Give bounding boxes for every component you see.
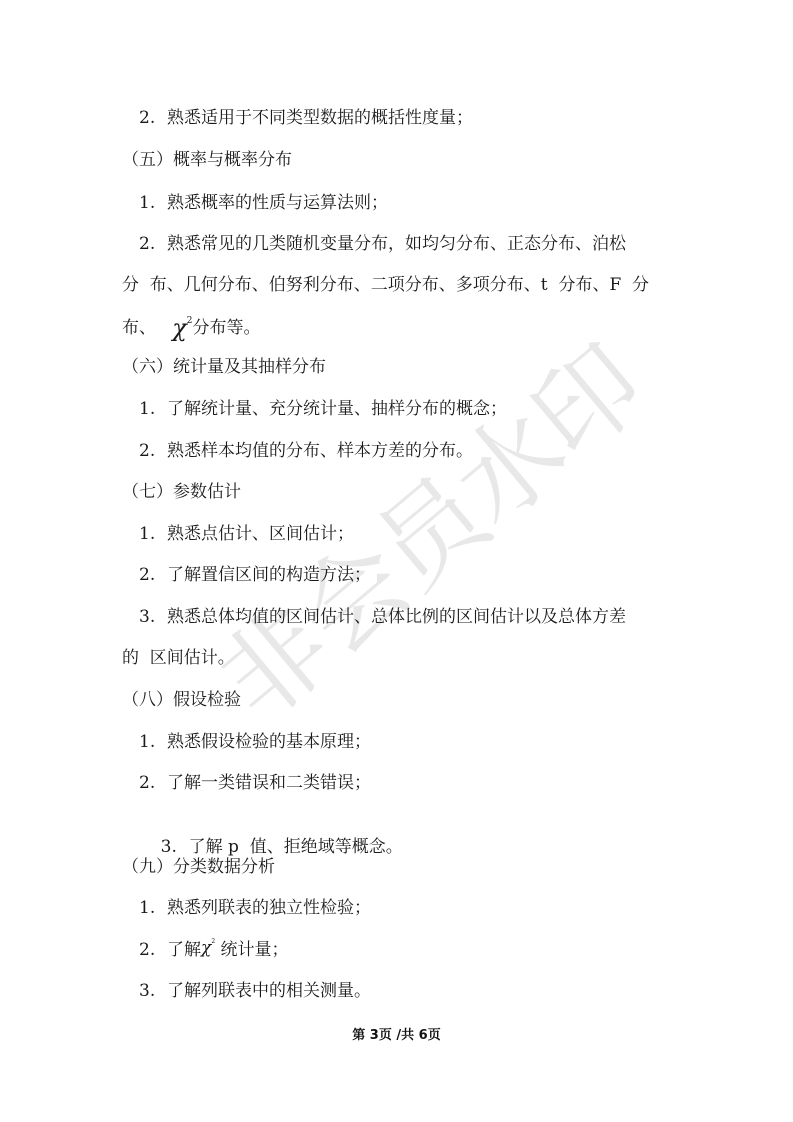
- section-heading-8: （八）假设检验: [122, 689, 241, 711]
- item-text: 熟悉概率的性质与运算法则；: [167, 193, 388, 213]
- item-continuation: 的 区间估计。: [122, 647, 235, 669]
- text-fragment: 布、: [122, 318, 156, 338]
- item-number: 1.: [139, 192, 167, 214]
- exponent: 2: [187, 316, 193, 326]
- list-item: 3.熟悉总体均值的区间估计、总体比例的区间估计以及总体方差: [139, 606, 626, 628]
- item-text: 熟悉适用于不同类型数据的概括性度量；: [167, 108, 473, 128]
- item-number: 2.: [139, 233, 167, 255]
- item-number: 1.: [139, 398, 167, 420]
- item-number: 1.: [139, 731, 167, 753]
- text-fragment: 统计量；: [221, 940, 289, 960]
- chi-symbol: χ: [201, 938, 211, 958]
- list-item: 1.熟悉假设检验的基本原理；: [139, 731, 371, 753]
- text-fragment: 了解: [167, 940, 201, 960]
- item-text: 熟悉假设检验的基本原理；: [167, 732, 371, 752]
- list-item: 1.了解统计量、充分统计量、抽样分布的概念；: [139, 398, 507, 420]
- document-page: 非会员水印 2.熟悉适用于不同类型数据的概括性度量； （五）概率与概率分布 1.…: [0, 0, 793, 1122]
- item-number: 2.: [139, 564, 167, 586]
- item-number: 3.: [161, 836, 189, 858]
- item-number: 2.: [139, 772, 167, 794]
- list-item: 2.了解一类错误和二类错误；: [139, 772, 371, 794]
- section-heading-6: （六）统计量及其抽样分布: [122, 356, 326, 378]
- list-item: 2.熟悉常见的几类随机变量分布，如均匀分布、正态分布、泊松: [139, 233, 626, 255]
- text-fragment: 分布等。: [193, 318, 261, 338]
- list-item: 2.熟悉适用于不同类型数据的概括性度量；: [139, 107, 473, 129]
- item-continuation: 分 布、几何分布、伯努利分布、二项分布、多项分布、t 分布、F 分: [122, 274, 649, 296]
- list-item: 2.了解χ2 统计量；: [139, 939, 289, 965]
- list-item: 3.了解列联表中的相关测量。: [139, 980, 371, 1002]
- item-text: 熟悉常见的几类随机变量分布，如均匀分布、正态分布、泊松: [167, 234, 626, 254]
- item-number: 1.: [139, 897, 167, 919]
- item-text: 熟悉列联表的独立性检验；: [167, 898, 371, 918]
- page-number-footer: 第 3页 /共 6页: [0, 1024, 793, 1043]
- item-text: 了解统计量、充分统计量、抽样分布的概念；: [167, 399, 507, 419]
- item-text: 熟悉总体均值的区间估计、总体比例的区间估计以及总体方差: [167, 607, 626, 627]
- section-heading-9: （九）分类数据分析: [122, 856, 275, 878]
- item-text: 熟悉样本均值的分布、样本方差的分布。: [167, 441, 473, 461]
- item-text: 了解一类错误和二类错误；: [167, 773, 371, 793]
- item-text: 了解 p 值、拒绝域等概念。: [189, 837, 403, 857]
- list-item: 1.熟悉列联表的独立性检验；: [139, 897, 371, 919]
- item-text: 了解列联表中的相关测量。: [167, 981, 371, 1001]
- item-number: 1.: [139, 523, 167, 545]
- exponent: 2: [211, 938, 215, 945]
- item-text: 熟悉点估计、区间估计；: [167, 524, 354, 544]
- list-item: 1.熟悉点估计、区间估计；: [139, 523, 354, 545]
- chi-symbol: χ: [172, 314, 187, 342]
- item-number: 2.: [139, 440, 167, 462]
- list-item: 1.熟悉概率的性质与运算法则；: [139, 192, 388, 214]
- item-number: 2.: [139, 939, 167, 961]
- list-item: 2.熟悉样本均值的分布、样本方差的分布。: [139, 440, 473, 462]
- item-number: 3.: [139, 980, 167, 1002]
- section-heading-5: （五）概率与概率分布: [122, 149, 292, 171]
- item-number: 2.: [139, 107, 167, 129]
- section-heading-7: （七）参数估计: [122, 481, 241, 503]
- item-text: 了解置信区间的构造方法；: [167, 565, 371, 585]
- list-item: 2.了解置信区间的构造方法；: [139, 564, 371, 586]
- item-continuation: 布、 χ2分布等。: [122, 314, 261, 342]
- item-number: 3.: [139, 606, 167, 628]
